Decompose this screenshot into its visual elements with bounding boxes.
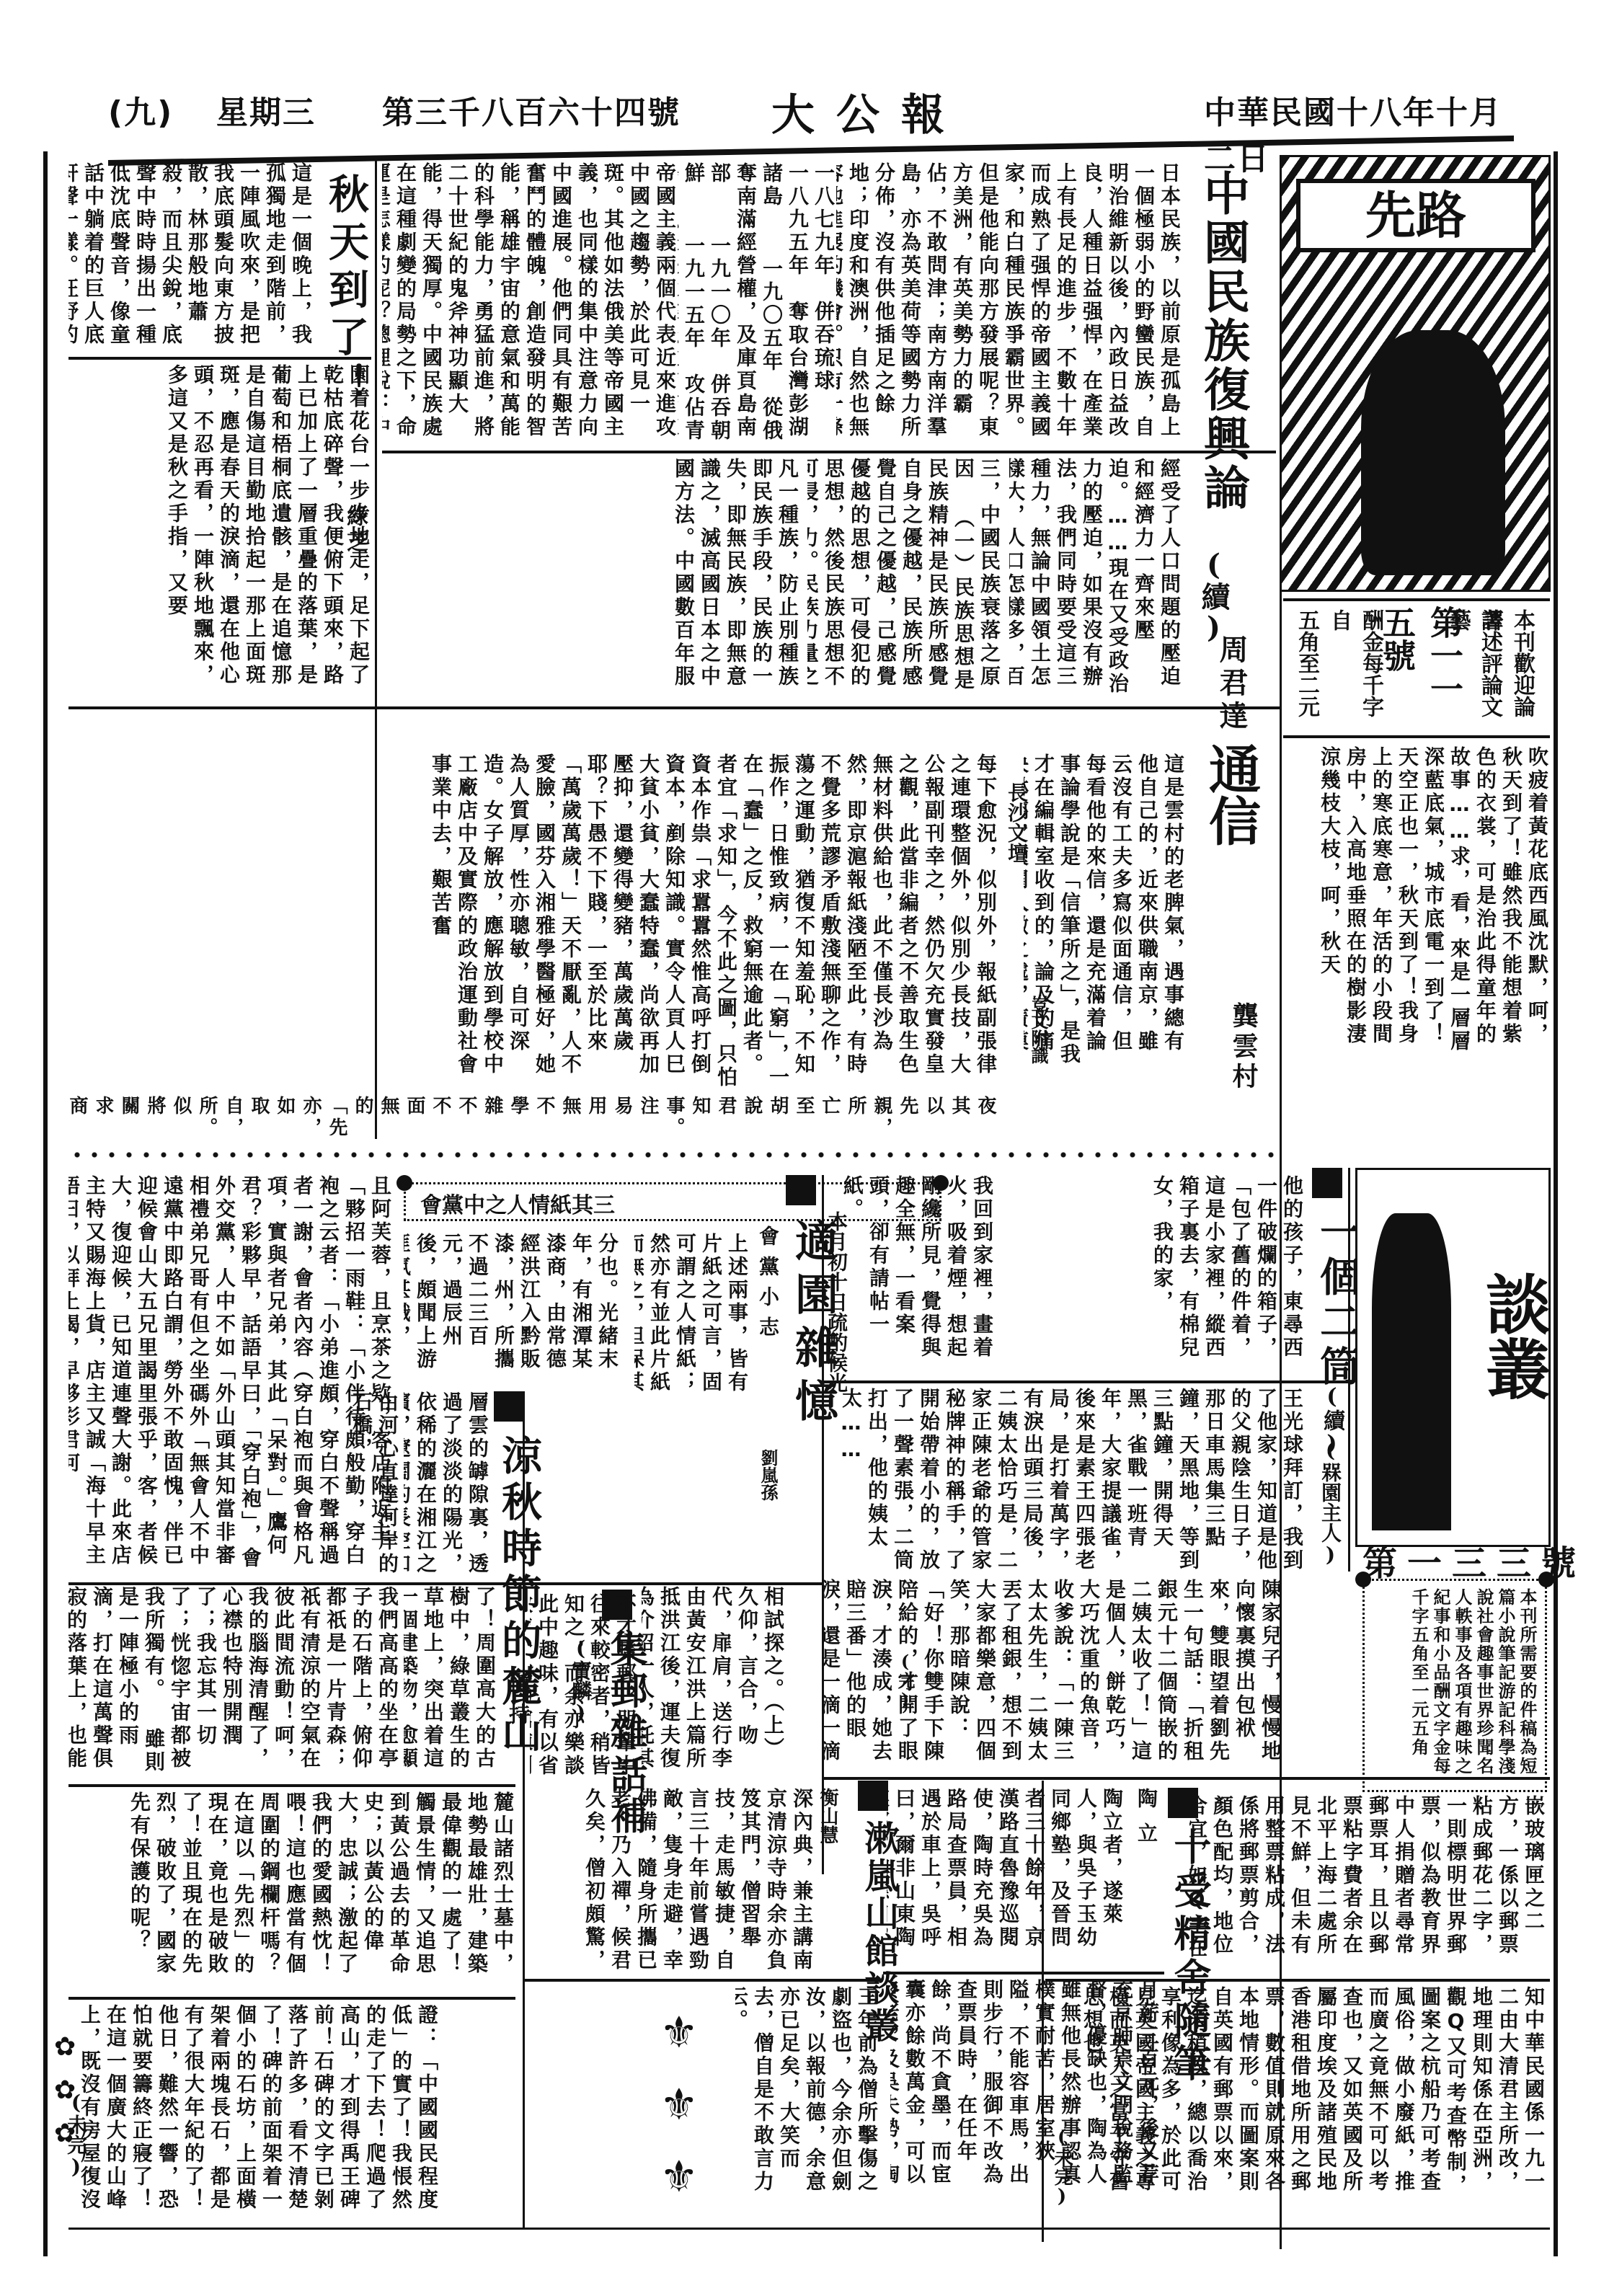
rule — [68, 357, 371, 360]
shoujing-para1: 陶立者，遂萊人，與吳子玉幼同鄉塾，及晉問者三十餘年，京漢路直魯豫巡閱使，陶時充吳… — [887, 1788, 1125, 1961]
ornament-divider — [68, 1150, 1280, 1160]
tancong-notice-box: 本刊所需要的件稿為短篇小說筆記游記科學淺說社會趣事世界珍聞名人軼事及各項有趣味之… — [1362, 1579, 1547, 1792]
autumn-article-ending: 吹疲着黃花底西風沈默，呵，秋天到了！雖然我不能想着紫色的衣裳，可是治此得童年的故… — [1290, 746, 1550, 1063]
column-divider — [1348, 1168, 1350, 1572]
rule — [1283, 598, 1550, 601]
shoujing-title: 十受精舍隨筆 — [1162, 1827, 1216, 2087]
main-article-continued: (續) — [1193, 548, 1234, 644]
main-article-title: 中國民族復興論 — [1189, 169, 1256, 513]
rule — [68, 706, 1280, 709]
lanshan-para2: 三年前為僧所擊傷之劇盜也，今余亦但劍汝，以報前德，余意亦已足矣，大笑而去，僧自是… — [735, 1986, 879, 2202]
yige-author: (槑園主人) — [1316, 1438, 1344, 1566]
timeline-item: 一八七九年 併吞琉球 — [812, 162, 836, 393]
main-article-author: 周君達 — [1211, 634, 1252, 734]
rule — [523, 1979, 883, 1982]
renqing-box-title: 會黨中之人情紙其三 — [420, 1187, 615, 1219]
jiyou-para2: 嵌玻璃匣之二方，一係以郵票粘成郵花二字，一則標明世界郵票，似為教育界中人捐贈者尋… — [1189, 1795, 1546, 1975]
main-article-para5: 凡一種族，防止別種族即民族手段，民族的一失，即無民族，即無意識之，滅高國日本之中… — [382, 458, 800, 699]
main-article-timeline: 一八七九年 併吞琉球 一八九五年 奪取台灣彭湖諸島 一九〇五年 從俄奪南滿經營權… — [678, 162, 836, 443]
xuanyuan-square-icon — [786, 1175, 816, 1208]
weekday: 星期三 — [216, 87, 316, 133]
rule — [68, 1997, 515, 2000]
liangqiu-para4-5: 我們高高的坐在亭子的石階上，俯仰都祇是一片青森；祇有清涼的空氣在彼此間流動！呵，… — [68, 1586, 400, 1781]
liangqiu-para2: 由河心直達河岸的石橋， — [68, 1391, 400, 1579]
main-article-para3: 經受了人口問題的壓迫和經濟力一齊來壓迫。……現在又受政治力的壓迫，如果沒有辦法，… — [1009, 458, 1182, 699]
rule — [822, 1777, 1550, 1780]
timeline-item: 一九一五年 攻佔青島，以最後通牒强取南滿東蒙山東權利 — [678, 162, 706, 443]
yige-square-icon — [1312, 1168, 1342, 1201]
liangqiu-para6-7: 麓山諸烈士墓中，地勢最雄壯，建築最偉觀的一處了！觸景生情，又追思到黃公過去的革命… — [68, 1791, 515, 1993]
left-border — [43, 151, 48, 2256]
xianlu-notice-line4: 五角至二元 — [1290, 609, 1322, 732]
liangqiu-para8: 證：「中國國民程度低」的實了！我悵然的走了下去！爬過了高山，才到得禹王碑前！石碑… — [79, 2004, 440, 2220]
tongxin-body: 每下愈況，似別外，報紙副張律之連環整個外，似別少長技，大公報副刊幸之，然仍欠充實… — [68, 753, 998, 1092]
page-number: (九) — [108, 87, 173, 133]
lower-left-article: 夜其以先親，所亡至胡說君知事。注易用無不學雜不不面無的「先亦，如取自，所。似將關… — [68, 1096, 998, 1135]
main-article-intro: 日本民族，以前原是孤島上一個極弱小的野蠻民族，自明治維新以後，內政日益改良，人種… — [836, 162, 1182, 443]
main-article-para2: 帝國主義兩個代表近來進攻中國之趨勢，於此可見一斑。其他如法俄美等帝國主義，也同樣… — [382, 162, 678, 443]
renqing-para3: 相試探之。（上）久仰，言合，吻代，扉肩，送行李由黃安江洪上篇所抵洪江後，運夫復為… — [642, 1586, 786, 1781]
tongxin-attached-note: 豈文附識 — [1027, 995, 1049, 1064]
xuanyuan-para2: 我回到家裡，畫着火，吸着煙，想起剛纔所見，覺得與趣全無，一看案頭，卻有請帖一紙。 — [836, 1175, 995, 1362]
section-body: （一）民族思想是民族精神是民族所感覺自身之優越，民族所感覺自己之優越，己感覺優越… — [807, 458, 975, 692]
fleur-de-lis-icon: ⚜ — [660, 2011, 699, 2055]
renqing-para1: 分也。光緒末年，有湘潭某漆商，由常德經洪江入黔販漆，州，所攜不過二三百元，過辰州… — [404, 1233, 620, 1373]
yige-para3: 陳家兒子，慢慢地向懷裏摸出包袱來，雙眼望着劉先生一句話：「折租銀元十二個筒嵌的二… — [822, 1579, 1283, 1770]
liangqiu-para6: 麓山諸烈士墓中，地勢最雄壯，建築最偉觀的一處了！觸景生情，又追思到黃公過去的革命… — [309, 1791, 515, 1976]
tongxin-subhead: 長沙文壇 — [1006, 782, 1027, 863]
rule — [822, 1380, 1348, 1383]
xuanyuan-dateline: 本月初十日疏酌候光 — [825, 1211, 847, 1393]
rule — [68, 1582, 822, 1585]
tancong-banner-title: 談叢 — [1466, 1271, 1559, 1401]
yige-end-mark: (完) — [894, 1651, 916, 1710]
autumn-article-para2: 園着花台一步步地走，足下起了乾枯底碎聲，我便俯下頭來，路上已加上了一層重疊的落葉… — [68, 364, 371, 699]
main-article-section-cause: 三，中國民族衰落之原因 （一）民族思想是民族精神是民族所感覺自身之優越，民族所感… — [807, 458, 1002, 699]
masthead: (九) 星期三 第三千八百六十四號 大公報 中華民國十八年十月二日 — [108, 87, 1514, 137]
flower-ornament-icon: ✿✿✿ — [54, 2026, 76, 2155]
jiyou-para1: 不才嗜郵，朋輩中往來較密者，稍皆知之，而余亦樂談此中趣味，有以省教育會博物館陳列… — [530, 1593, 638, 1788]
rule — [883, 1972, 1164, 1974]
tancong-notice: 本刊所需要的件稿為短篇小說筆記游記科學淺說社會趣事世界珍聞名人軼事及各項有趣味之… — [1372, 1588, 1538, 1783]
liangqiu-para1: 層雲的罅隙裏，透過了淡淡的陽光，依稀的灑在湘江之濱，遼闊的長空和浩蕩的湘江，擁抱… — [404, 1391, 490, 1579]
tongxin-author: 龔雲村 — [1226, 1002, 1262, 1093]
shoujing-subhead: 陶立 — [1132, 1788, 1161, 1857]
issue-number: 第三千八百六十四號 — [382, 87, 681, 133]
xianlu-banner-woodcut: 先路 — [1280, 155, 1551, 592]
liangqiu-para4: 我們高高的坐在亭子的石階上，俯仰都祇是一片青森；祇有清涼的空氣在彼此間流動！呵，… — [142, 1586, 399, 1770]
xuanyuan-para1: 上述兩事，皆有片紙之可言，固可謂之人情紙；然亦有並此片紙而無之，但保其安全達其目… — [634, 1233, 750, 1406]
bottom-rule — [68, 2228, 1550, 2230]
lanshan-square-icon — [858, 1781, 888, 1814]
column-divider — [523, 1391, 525, 2228]
rule — [68, 1784, 515, 1787]
rule — [382, 451, 1276, 453]
liangqiu-para3: 了！周圍高大的古樹中，綠草叢生的草地上，突出着這一個建築物，愈顯得他的莊嚴，沉靜… — [404, 1586, 497, 1773]
horse-rider-illustration — [1361, 330, 1505, 575]
fleur-de-lis-icon: ⚜ — [660, 2155, 699, 2199]
tancong-banner-woodcut: 談叢 — [1355, 1168, 1551, 1547]
shoujing-para2: 月薪三百元，後又荐充京師崇文門稅務監督，優缺也，陶為人雖無他長然辦事認真樸實耐苦… — [890, 1979, 1161, 2195]
yige-para1: 他的孩子，東尋西一件破爛的箱子，「包了舊的件着，這是小家裡，縱西箱子裏去，有棉兒… — [1002, 1175, 1305, 1377]
paper-title: 大公報 — [771, 81, 966, 143]
xianlu-banner-title: 先路 — [1296, 179, 1535, 252]
right-border — [1554, 151, 1558, 2256]
figure-illustration — [1372, 1213, 1451, 1530]
autumn-article-para1: 這是一個晚上，我孤獨地走到階前，一陣風吹來，是把我底頭髮向東方披散，林那般地蕭殺… — [68, 162, 314, 357]
xianlu-issue-label: 第一一五號 — [1373, 606, 1468, 735]
yige-para2: 王光球拜訂，我到了他家，知道是他的父親陰生日子，那日車馬集三點鐘，天黑地，等到三… — [822, 1388, 1305, 1575]
tongxin-title: 通信 — [1193, 743, 1268, 846]
shoujing-square-icon — [1168, 1788, 1198, 1821]
lanshan-author: 衡山慧 — [815, 1788, 841, 1844]
lanshan-para1: 深內典，兼主講南京清涼寺時余亦負笈其門，僧習舉技，走馬敏捷，自言三十年前嘗遇勁敵… — [533, 1788, 815, 1975]
rule — [1283, 735, 1550, 738]
liangqiu-author: 愼持 — [501, 1672, 533, 1733]
fleur-de-lis-icon: ⚜ — [660, 2083, 699, 2127]
xuanyuan-author: 劉嵐孫 — [757, 1449, 779, 1501]
xuanyuan-subauthor: 會黨小志 — [757, 1225, 779, 1347]
xianlu-notice-line3: 酬金每千字自 — [1323, 609, 1386, 732]
liangqiu-square-icon — [494, 1391, 524, 1424]
liangqiu-para7: 喂！這也應當有個周圍的鋼欄杆嗎？在這以「先烈」的現在，竟也是破敗了！並且現在的先… — [128, 1791, 307, 1976]
